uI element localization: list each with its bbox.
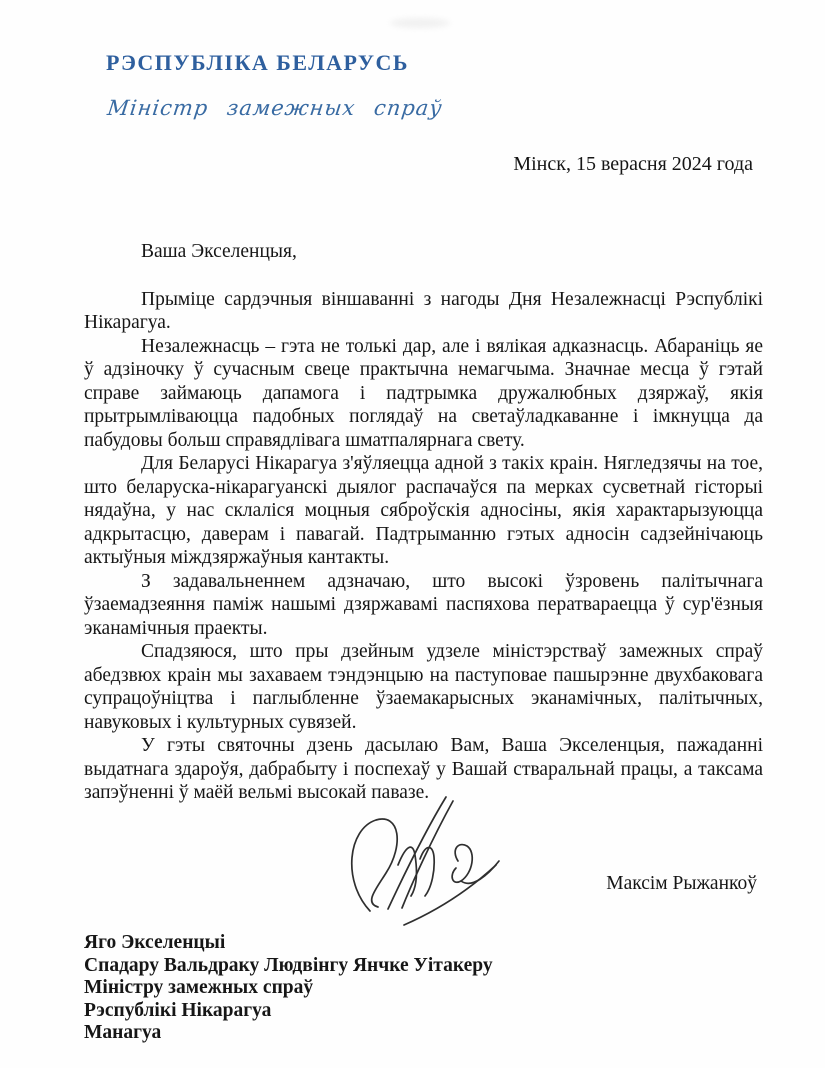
letterhead-country: РЭСПУБЛІКА БЕЛАРУСЬ	[106, 50, 441, 76]
signatory-name: Максім Рыжанкоў	[606, 873, 757, 895]
recipient-line: Спадару Вальдраку Людвінгу Янчке Уітакер…	[84, 955, 493, 978]
signature-block: Максім Рыжанкоў	[84, 793, 763, 928]
recipient-block: Яго Экселенцыі Спадару Вальдраку Людвінг…	[84, 932, 493, 1045]
body-paragraph: Незалежнасць – гэта не толькі дар, але і…	[84, 335, 763, 453]
dateline: Мінск, 15 верасня 2024 года	[513, 153, 753, 176]
body-paragraph: Прыміце сардэчныя віншаванні з нагоды Дн…	[84, 288, 763, 335]
letter-page: РЭСПУБЛІКА БЕЛАРУСЬ Міністр замежных спр…	[0, 0, 825, 1068]
letterhead: РЭСПУБЛІКА БЕЛАРУСЬ Міністр замежных спр…	[106, 50, 441, 120]
body-paragraph: Спадзяюся, што пры дзейным удзеле мініст…	[84, 640, 763, 734]
recipient-line: Манагуа	[84, 1022, 493, 1045]
recipient-line: Рэспублікі Нікарагуа	[84, 1000, 493, 1023]
recipient-line: Міністру замежных спраў	[84, 977, 493, 1000]
letterhead-minister-script: Міністр замежных спраў	[106, 96, 444, 120]
body-paragraph: Для Беларусі Нікарагуа з'яўляецца адной …	[84, 452, 763, 570]
body-paragraph: З задавальненнем адзначаю, што высокі ўз…	[84, 570, 763, 641]
salutation: Ваша Экселенцыя,	[84, 240, 763, 264]
recipient-line: Яго Экселенцыі	[84, 932, 493, 955]
scan-artifact	[390, 18, 450, 28]
letter-body: Ваша Экселенцыя, Прыміце сардэчныя вінша…	[84, 240, 763, 805]
signature-scribble	[346, 793, 531, 928]
